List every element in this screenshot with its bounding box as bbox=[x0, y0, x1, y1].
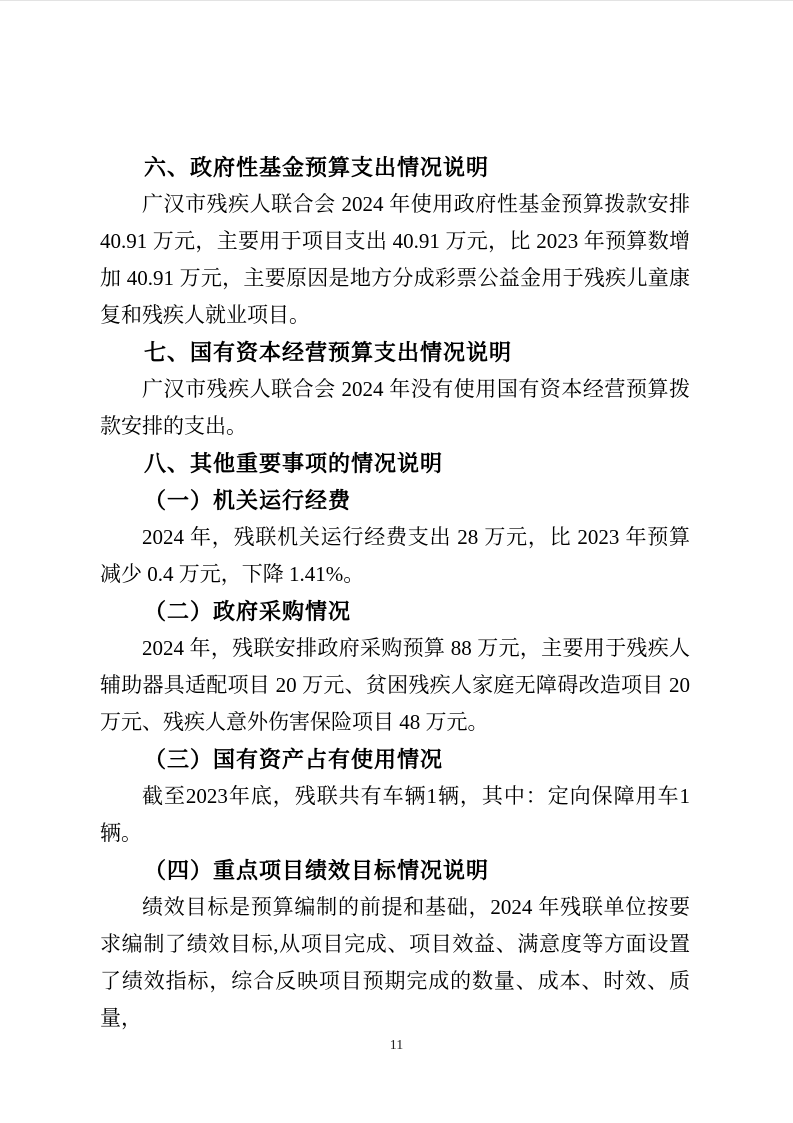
para-key-project-performance: 绩效目标是预算编制的前提和基础，2024 年残联单位按要求编制了绩效目标,从项目… bbox=[100, 889, 690, 1037]
document-page: 六、政府性基金预算支出情况说明 广汉市残疾人联合会 2024 年使用政府性基金预… bbox=[0, 0, 793, 1123]
para-agency-operating-cost: 2024 年，残联机关运行经费支出 28 万元，比 2023 年预算减少 0.4… bbox=[100, 519, 690, 593]
subheading-key-project-performance: （四）重点项目绩效目标情况说明 bbox=[100, 852, 690, 889]
para-gov-fund-budget: 广汉市残疾人联合会 2024 年使用政府性基金预算拨款安排 40.91 万元，主… bbox=[100, 186, 690, 334]
heading-gov-fund-budget: 六、政府性基金预算支出情况说明 bbox=[100, 149, 690, 186]
heading-state-capital-budget: 七、国有资本经营预算支出情况说明 bbox=[100, 334, 690, 371]
para-state-assets-usage: 截至2023年底，残联共有车辆1辆，其中：定向保障用车1辆。 bbox=[100, 778, 690, 852]
subheading-agency-operating-cost: （一）机关运行经费 bbox=[100, 482, 690, 519]
heading-other-important-matters: 八、其他重要事项的情况说明 bbox=[100, 445, 690, 482]
page-number: 11 bbox=[0, 1038, 793, 1054]
subheading-state-assets-usage: （三）国有资产占有使用情况 bbox=[100, 741, 690, 778]
subheading-gov-procurement: （二）政府采购情况 bbox=[100, 593, 690, 630]
para-state-capital-budget: 广汉市残疾人联合会 2024 年没有使用国有资本经营预算拨款安排的支出。 bbox=[100, 371, 690, 445]
para-gov-procurement: 2024 年，残联安排政府采购预算 88 万元，主要用于残疾人辅助器具适配项目 … bbox=[100, 630, 690, 741]
document-content: 六、政府性基金预算支出情况说明 广汉市残疾人联合会 2024 年使用政府性基金预… bbox=[100, 149, 690, 1037]
